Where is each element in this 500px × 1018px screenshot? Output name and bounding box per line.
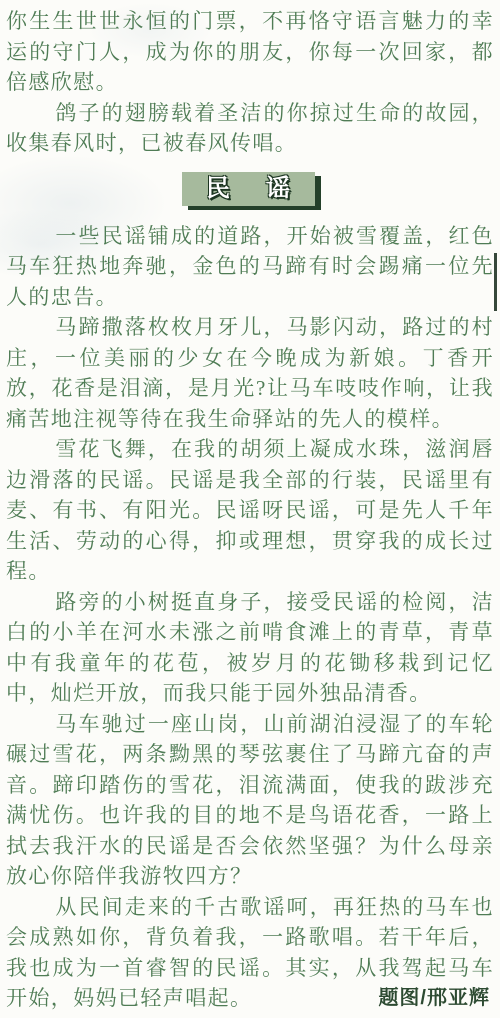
section-title-box: 民 谣 xyxy=(182,172,315,206)
text-paragraph: 路旁的小树挺直身子，接受民谣的检阅，洁白的小羊在河水未涨之前啃食滩上的青草，青草… xyxy=(6,587,494,709)
magazine-page: 你生生世世永恒的门票，不再恪守语言魅力的幸运的守门人，成为你的朋友，你每一次回家… xyxy=(0,0,500,1018)
text-paragraph: 一些民谣铺成的道路，开始被雪覆盖，红色马车狂热地奔驰，金色的马蹄有时会踢痛一位先… xyxy=(6,221,494,313)
credit-byline: 题图/邢亚辉 xyxy=(378,981,490,1010)
text-paragraph: 雪花飞舞，在我的胡须上凝成水珠，滋润唇边滑落的民谣。民谣是我全部的行装，民谣里有… xyxy=(6,434,494,587)
text-paragraph: 你生生世世永恒的门票，不再恪守语言魅力的幸运的守门人，成为你的朋友，你每一次回家… xyxy=(6,6,494,98)
text-paragraph: 马蹄撒落枚枚月牙儿，马影闪动，路过的村庄，一位美丽的少女在今晚成为新娘。丁香开放… xyxy=(6,312,494,434)
section-title: 民 谣 xyxy=(200,177,296,201)
scan-artifact-line xyxy=(494,253,497,311)
text-paragraph: 鸽子的翅膀载着圣洁的你掠过生命的故园，收集春风时，已被春风传唱。 xyxy=(6,98,494,159)
text-paragraph: 马车驰过一座山岗，山前湖泊浸湿了的车轮碾过雪花，两条黝黑的琴弦裹住了马蹄亢奋的声… xyxy=(6,709,494,892)
